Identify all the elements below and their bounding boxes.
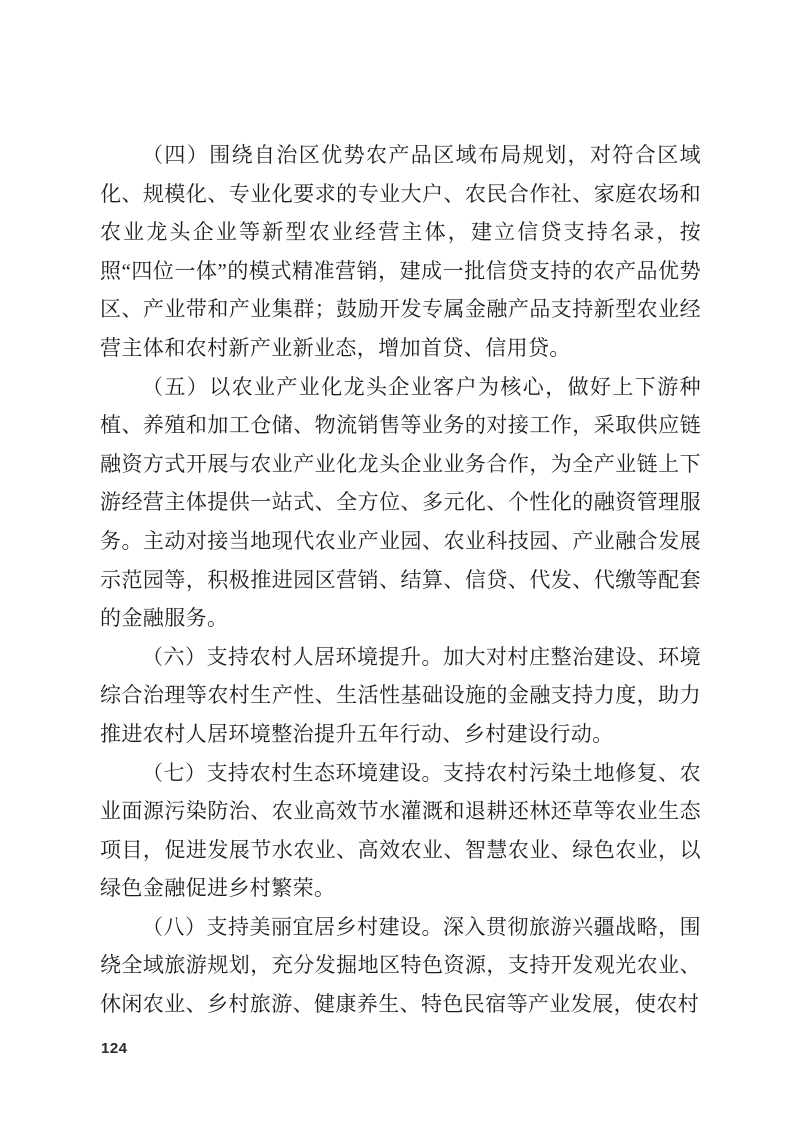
- page-number: 124: [101, 1040, 128, 1057]
- document-body: （四）围绕自治区优势农产品区域布局规划，对符合区域化、规模化、专业化要求的专业大…: [100, 136, 701, 1024]
- paragraph-item-4: （四）围绕自治区优势农产品区域布局规划，对符合区域化、规模化、专业化要求的专业大…: [100, 136, 701, 368]
- document-page: （四）围绕自治区优势农产品区域布局规划，对符合区域化、规模化、专业化要求的专业大…: [0, 0, 793, 1122]
- paragraph-item-7: （七）支持农村生态环境建设。支持农村污染土地修复、农业面源污染防治、农业高效节水…: [100, 754, 701, 908]
- paragraph-item-6: （六）支持农村人居环境提升。加大对村庄整治建设、环境综合治理等农村生产性、生活性…: [100, 638, 701, 754]
- paragraph-item-5: （五）以农业产业化龙头企业客户为核心，做好上下游种植、养殖和加工仓储、物流销售等…: [100, 368, 701, 638]
- paragraph-item-8: （八）支持美丽宜居乡村建设。深入贯彻旅游兴疆战略，围绕全域旅游规划，充分发掘地区…: [100, 908, 701, 1024]
